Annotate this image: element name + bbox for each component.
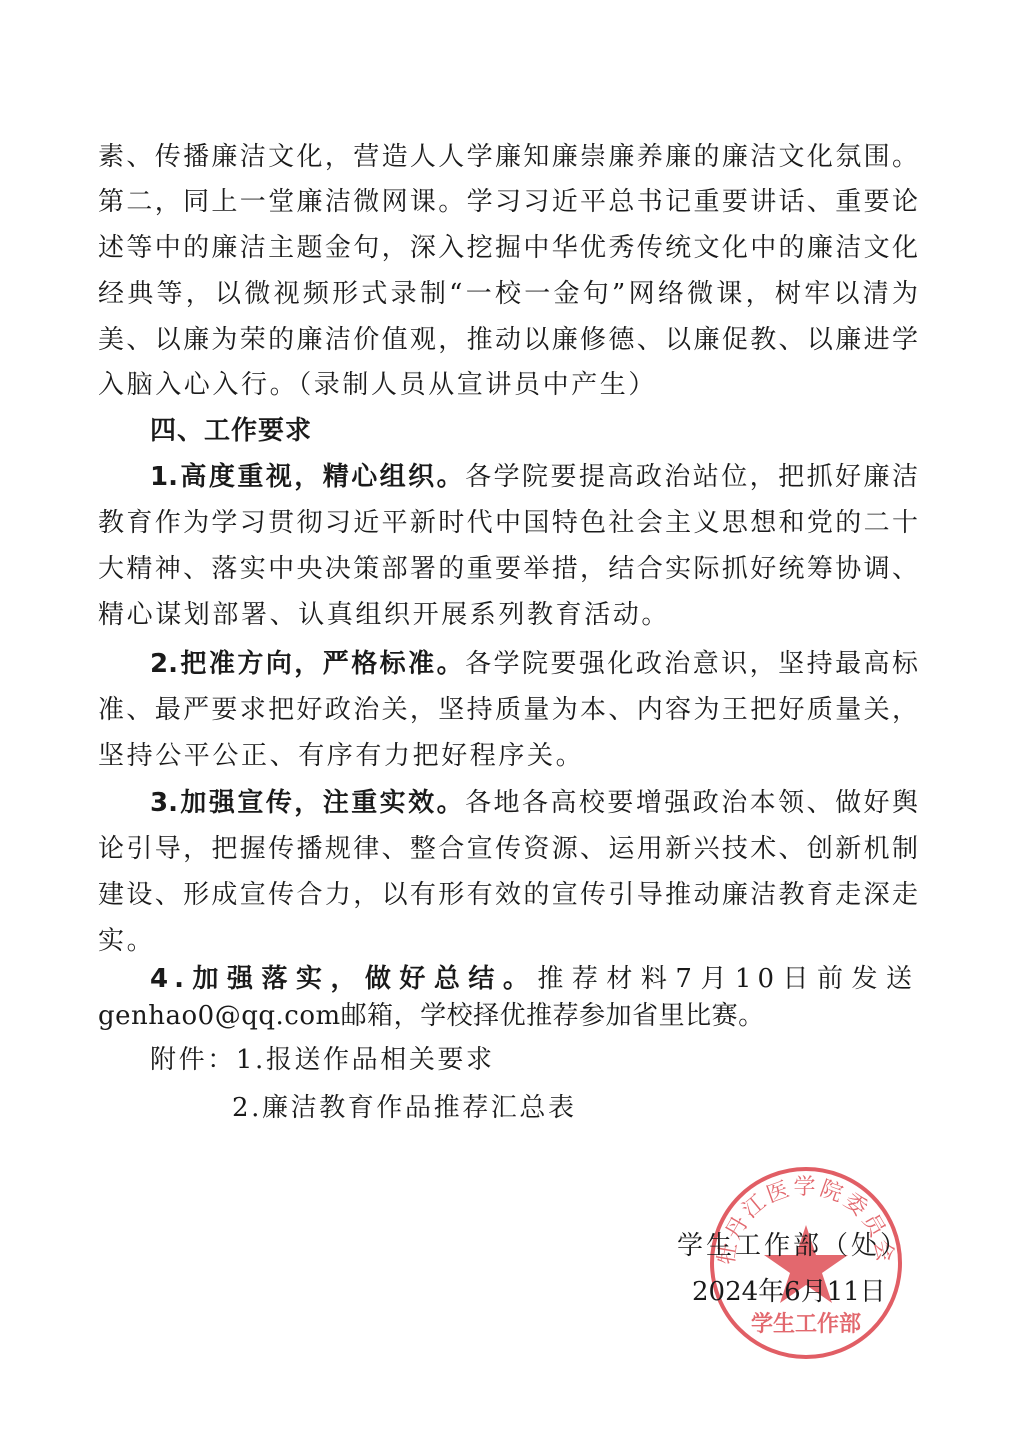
- body-line: 论引导，把握传播规律、整合宣传资源、运用新兴技术、创新机制: [98, 833, 918, 865]
- svg-text:学生工作部: 学生工作部: [751, 1311, 861, 1337]
- body-line: 坚持公平公正、有序有力把好程序关。: [98, 740, 918, 772]
- body-line: 建设、形成宣传合力，以有形有效的宣传引导推动廉洁教育走深走: [98, 879, 918, 911]
- body-line: 准、最严要求把好政治关，坚持质量为本、内容为王把好质量关，: [98, 694, 918, 726]
- attachment-item: 2.廉洁教育作品推荐汇总表: [232, 1092, 832, 1124]
- body-line: 第二，同上一堂廉洁微网课。学习习近平总书记重要讲话、重要论: [98, 186, 918, 218]
- requirement-text: 各地各高校要增强政治本领、做好舆: [465, 788, 918, 818]
- requirement-3-first-line: 3.加强宣传，注重实效。各地各高校要增强政治本领、做好舆: [150, 787, 918, 819]
- requirement-1-first-line: 1.高度重视，精心组织。各学院要提高政治站位，把抓好廉洁: [150, 461, 918, 493]
- requirement-text: 推荐材料7月10日前发送: [537, 964, 918, 994]
- requirement-title: 4.加强落实，做好总结。: [150, 964, 537, 994]
- attachments-label: 附件：: [150, 1045, 236, 1075]
- body-line: 精心谋划部署、认真组织开展系列教育活动。: [98, 599, 918, 631]
- requirement-title: 2.把准方向，严格标准。: [150, 649, 465, 679]
- body-line: 述等中的廉洁主题金句，深入挖掘中华优秀传统文化中的廉洁文化: [98, 232, 918, 264]
- signing-date: 2024年6月11日: [692, 1276, 886, 1308]
- requirement-title: 1.高度重视，精心组织。: [150, 462, 465, 492]
- requirement-title: 3.加强宣传，注重实效。: [150, 788, 465, 818]
- requirement-text: 各学院要强化政治意识，坚持最高标: [465, 649, 918, 679]
- body-line: 实。: [98, 925, 918, 957]
- attachment-item: 1.报送作品相关要求: [236, 1045, 495, 1075]
- body-line: 素、传播廉洁文化，营造人人学廉知廉崇廉养廉的廉洁文化氛围。: [98, 141, 918, 173]
- attachments-line: 附件：1.报送作品相关要求: [150, 1044, 918, 1076]
- body-line: 经典等，以微视频形式录制“一校一金句”网络微课，树牢以清为: [98, 278, 918, 310]
- body-line: genhao0@qq.com邮箱，学校择优推荐参加省里比赛。: [98, 1000, 918, 1032]
- body-line: 大精神、落实中央决策部署的重要举措，结合实际抓好统筹协调、: [98, 553, 918, 585]
- section-heading: 四、工作要求: [150, 415, 918, 447]
- official-seal-icon: 牡丹江医学院委员会 学生工作部: [706, 1163, 906, 1363]
- requirement-text: 各学院要提高政治站位，把抓好廉洁: [465, 462, 918, 492]
- body-line: 美、以廉为荣的廉洁价值观，推动以廉修德、以廉促教、以廉进学: [98, 324, 918, 356]
- body-line: 教育作为学习贯彻习近平新时代中国特色社会主义思想和党的二十: [98, 507, 918, 539]
- signing-department: 学生工作部（处）: [677, 1230, 909, 1262]
- document-page: 素、传播廉洁文化，营造人人学廉知廉崇廉养廉的廉洁文化氛围。 第二，同上一堂廉洁微…: [0, 0, 1024, 1448]
- requirement-4-first-line: 4.加强落实，做好总结。推荐材料7月10日前发送: [150, 963, 918, 995]
- requirement-2-first-line: 2.把准方向，严格标准。各学院要强化政治意识，坚持最高标: [150, 648, 918, 680]
- body-line: 入脑入心入行。（录制人员从宣讲员中产生）: [98, 369, 918, 401]
